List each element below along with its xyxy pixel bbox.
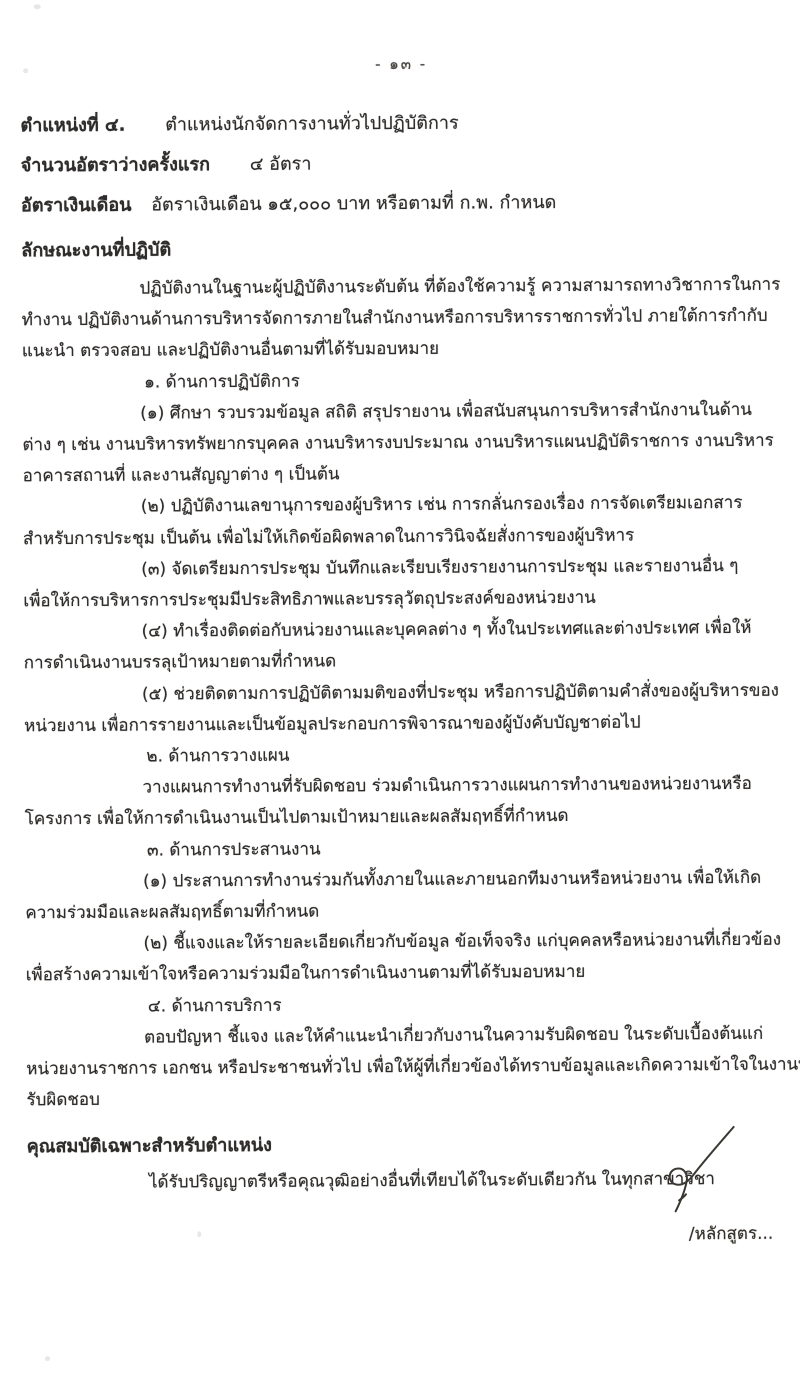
page-number: - ๑๓ -: [20, 50, 782, 79]
duties-line: เพื่อสร้างความเข้าใจหรือความร่วมมือในการ…: [26, 956, 788, 992]
duties-line: ปฏิบัติงานในฐานะผู้ปฏิบัติงานระดับต้น ที…: [21, 270, 783, 306]
vacancy-value: ๔ อัตรา: [250, 154, 312, 175]
duties-line: แนะนำ ตรวจสอบ และปฏิบัติงานอื่นตามที่ได้…: [22, 332, 784, 368]
duties-line: ต่าง ๆ เช่น งานบริหารทรัพยากรบุคคล งานบร…: [22, 426, 784, 462]
duties-line: รับผิดชอบ: [26, 1081, 788, 1117]
duties-line: เพื่อให้การบริหารการประชุมมีประสิทธิภาพแ…: [23, 582, 785, 618]
position-label: ตำแหน่งที่ ๔.: [20, 115, 125, 137]
field-vacancy: จำนวนอัตราว่างครั้งแรก ๔ อัตรา: [21, 146, 783, 180]
duties-line: การดำเนินงานบรรลุเป้าหมายตามที่กำหนด: [24, 644, 786, 680]
duties-line: ความร่วมมือและผลสัมฤทธิ์ตามที่กำหนด: [25, 894, 787, 930]
scan-speck: [197, 1231, 201, 1237]
signature-mark: [646, 1124, 739, 1217]
duties-section-heading: ๒. ด้านการวางแผน: [24, 738, 786, 774]
field-salary: อัตราเงินเดือน อัตราเงินเดือน ๑๕,๐๐๐ บาท…: [21, 186, 783, 220]
duties-line: สำหรับการประชุม เป็นต้น เพื่อไม่ให้เกิดข…: [23, 519, 785, 555]
duties-body: ปฏิบัติงานในฐานะผู้ปฏิบัติงานระดับต้น ที…: [21, 270, 788, 1117]
duties-line: (๒) ปฏิบัติงานเลขานุการของผู้บริหาร เช่น…: [23, 488, 785, 524]
salary-value: อัตราเงินเดือน ๑๕,๐๐๐ บาท หรือตามที่ ก.พ…: [151, 192, 556, 215]
duties-section-heading: ๔. ด้านการบริการ: [26, 987, 788, 1023]
duties-line: ตอบปัญหา ชี้แจง และให้คำแนะนำเกี่ยวกับงา…: [26, 1019, 788, 1055]
scan-speck: [34, 4, 41, 9]
duties-line: (๒) ชี้แจงและให้รายละเอียดเกี่ยวกับข้อมู…: [25, 925, 787, 961]
continuation-marker: /หลักสูตร...: [27, 1220, 789, 1252]
scan-speck: [45, 1356, 50, 1361]
duties-line: หน่วยงาน เพื่อการรายงานและเป็นข้อมูลประก…: [24, 706, 786, 742]
duties-section-heading: ๑. ด้านการปฏิบัติการ: [22, 363, 784, 399]
vacancy-label: จำนวนอัตราว่างครั้งแรก: [21, 154, 210, 176]
duties-line: (๓) จัดเตรียมการประชุม บันทึกและเรียบเรี…: [23, 550, 785, 586]
duties-line: ทำงาน ปฏิบัติงานด้านการบริหารจัดการภายใน…: [22, 301, 784, 337]
duties-line: (๕) ช่วยติดตามการปฏิบัติตามมติของที่ประช…: [24, 675, 786, 711]
duties-line: (๑) ประสานการทำงานร่วมกันทั้งภายในและภาย…: [25, 862, 787, 898]
duties-heading: ลักษณะงานที่ปฏิบัติ: [21, 231, 783, 265]
scan-speck: [23, 68, 28, 73]
duties-line: โครงการ เพื่อให้การดำเนินงานเป็นไปตามเป้…: [25, 800, 787, 836]
field-position: ตำแหน่งที่ ๔. ตำแหน่งนักจัดการงานทั่วไปป…: [20, 106, 782, 140]
duties-section-heading: ๓. ด้านการประสานงาน: [25, 831, 787, 867]
duties-line: อาคารสถานที่ และงานสัญญาต่าง ๆ เป็นต้น: [23, 457, 785, 493]
duties-line: (๑) ศึกษา รวบรวมข้อมูล สถิติ สรุปรายงาน …: [22, 394, 784, 430]
position-value: ตำแหน่งนักจัดการงานทั่วไปปฏิบัติการ: [165, 113, 459, 136]
duties-line: วางแผนการทำงานที่รับผิดชอบ ร่วมดำเนินการ…: [24, 769, 786, 805]
salary-label: อัตราเงินเดือน: [21, 195, 132, 217]
duties-line: (๔) ทำเรื่องติดต่อกับหน่วยงานและบุคคลต่า…: [23, 613, 785, 649]
duties-line: หน่วยงานราชการ เอกชน หรือประชาชนทั่วไป เ…: [26, 1050, 788, 1086]
document-page: - ๑๓ - ตำแหน่งที่ ๔. ตำแหน่งนักจัดการงาน…: [0, 0, 800, 1400]
